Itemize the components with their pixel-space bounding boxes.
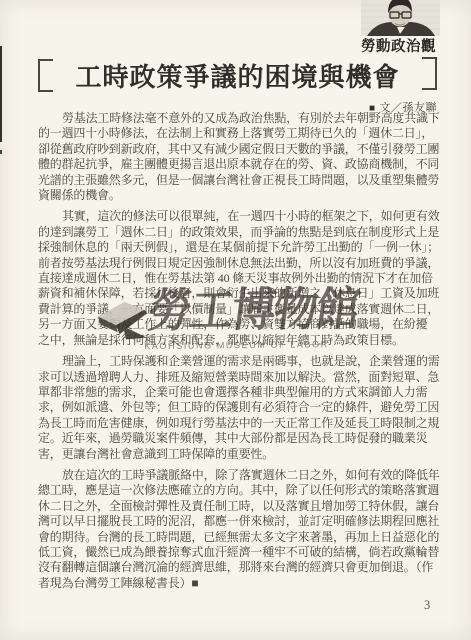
paragraph: 其實，這次的修法可以很單純，在一週四十小時的框架之下，如何更有效的達到讓勞工「週…: [38, 209, 439, 348]
text-line: 卻從舊政府吵到新政府，其中又有減少國定假日天數的爭議，不僅引發勞工團: [38, 142, 439, 157]
paragraph: 放在這次的工時爭議脈絡中，除了落實週休二日之外，如何有效的降低年總工時，應是這一…: [38, 468, 439, 591]
text-line: 資關係的機會。: [38, 188, 439, 203]
text-line: 低工資，儼然已成為餵養掠奪式血汗經濟一種牢不可破的結構，倘若政黨輪替: [38, 545, 439, 560]
text-line: 的一週四十小時修法，在法制上和實務上落實勞工期待已久的「週休二日」，: [38, 126, 439, 141]
text-line: 勞基法工時修法毫不意外的又成為政治焦點，有別於去年朝野高度共識下: [38, 111, 439, 126]
text-line: 前者按勞基法現行例假日規定因強制休息無法出勤，所以沒有加班費的爭議，: [38, 256, 439, 271]
text-line: 者現為台灣勞工陣線秘書長）■: [38, 576, 439, 591]
text-line: 休二日之外，全面檢討彈性及責任制工時，以及落實且增加勞工特休假，讓台: [38, 499, 439, 514]
text-line: 費計算的爭議，一方面要「以價制量」讓雇主衡量成本以達成落實週休二日，: [38, 302, 439, 317]
text-line: 會的期待。台灣的長工時問題，已經無需太多文字來著墨，再加上日益惡化的: [38, 530, 439, 545]
text-line: 總工時，應是這一次修法應確立的方向。其中，除了以任何形式的策略落實週: [38, 483, 439, 498]
article-title: 工時政策爭議的困境與機會: [75, 57, 399, 94]
text-line: 體的群起抗爭，雇主團體更揚言退出原本就存在的勞、資、政協商機制，不同: [38, 157, 439, 172]
text-line: 其實，這次的修法可以很單純，在一週四十小時的框架之下，如何更有效: [38, 209, 439, 224]
magazine-page: 勞動政治觀 工時政策爭議的困境與機會 ■文／孫友聯 勞基法工時修法毫不意外的又成…: [0, 0, 471, 640]
text-line: 的達到讓勞工「週休二日」的政策效果，而爭論的焦點是到底在制度形式上是: [38, 225, 439, 240]
text-line: 光譜的主張雖然多元，但是一個讓台灣社會正視長工時問題，以及重塑集體勞: [38, 173, 439, 188]
text-line: 定。近年來，過勞職災案件頻傳，其中大部份都是因為長工時促發的職業災: [38, 431, 439, 446]
text-line: 灣可以早日擺脫長工時的泥沼，都應一併來檢討，並訂定明確修法期程回應社: [38, 514, 439, 529]
author-portrait-image: [361, 0, 440, 36]
text-line: 採強制休息的「兩天例假」，還是在某個前提下允許勞工出勤的「一例一休」；: [38, 240, 439, 255]
text-line: 之中，無論是採行何種方案和配套，都應以縮短年總工時為政策目標。: [38, 333, 439, 348]
column-label: 勞動政治觀: [357, 35, 440, 56]
paragraph: 勞基法工時修法毫不意外的又成為政治焦點，有別於去年朝野高度共識下的一週四十小時修…: [38, 111, 439, 203]
scan-artifact-dot: [0, 150, 2, 154]
text-line: 求可以透過增聘人力、排班及縮短營業時間來加以解決。當然，面對短單、急: [38, 370, 439, 385]
text-line: 直接達成週休二日，惟在勞基法第 40 條天災事故例外出勤的情況下才在加倍: [38, 271, 439, 286]
right-bracket-decoration: [422, 57, 437, 90]
text-line: 害，更讓台灣社會意識到工時保障的重要性。: [38, 447, 439, 462]
article-title-row: 工時政策爭議的困境與機會: [38, 56, 437, 94]
article-body: 勞基法工時修法毫不意外的又成為政治焦點，有別於去年朝野高度共識下的一週四十小時修…: [38, 111, 439, 597]
text-line: 另一方面又要顧及工作上的彈性，作為勞、資雙方協商對話的職場，在紛擾: [38, 317, 439, 332]
scan-artifact-line: [0, 46, 2, 142]
text-line: 求，例如派遣、外包等；但工時的保護則有必須符合一定的條件，避免勞工因: [38, 400, 439, 415]
left-bracket-decoration: [38, 59, 53, 92]
page-number: 3: [424, 598, 430, 613]
author-portrait: [361, 0, 440, 36]
paragraph: 理論上，工時保護和企業營運的需求是兩碼事，也就是說，企業營運的需求可以透過增聘人…: [38, 354, 439, 462]
text-line: 為長工時而危害健康，例如現行勞基法中的一天正常工作及延長工時限制之規: [38, 416, 439, 431]
text-line: 薪資和補休保障，若採行後者，則會衍生出來的新增之「休息日」工資及加班: [38, 286, 439, 301]
text-line: 沒有翻轉這個讓台灣沉淪的經濟思維，那將來台灣的經濟只會更加倒退。（作: [38, 560, 439, 575]
text-line: 放在這次的工時爭議脈絡中，除了落實週休二日之外，如何有效的降低年: [38, 468, 439, 483]
text-line: 單都非常態的需求，企業可能也會選擇各種非典型僱用的方式來調節人力需: [38, 385, 439, 400]
text-line: 理論上，工時保護和企業營運的需求是兩碼事，也就是說，企業營運的需: [38, 354, 439, 369]
